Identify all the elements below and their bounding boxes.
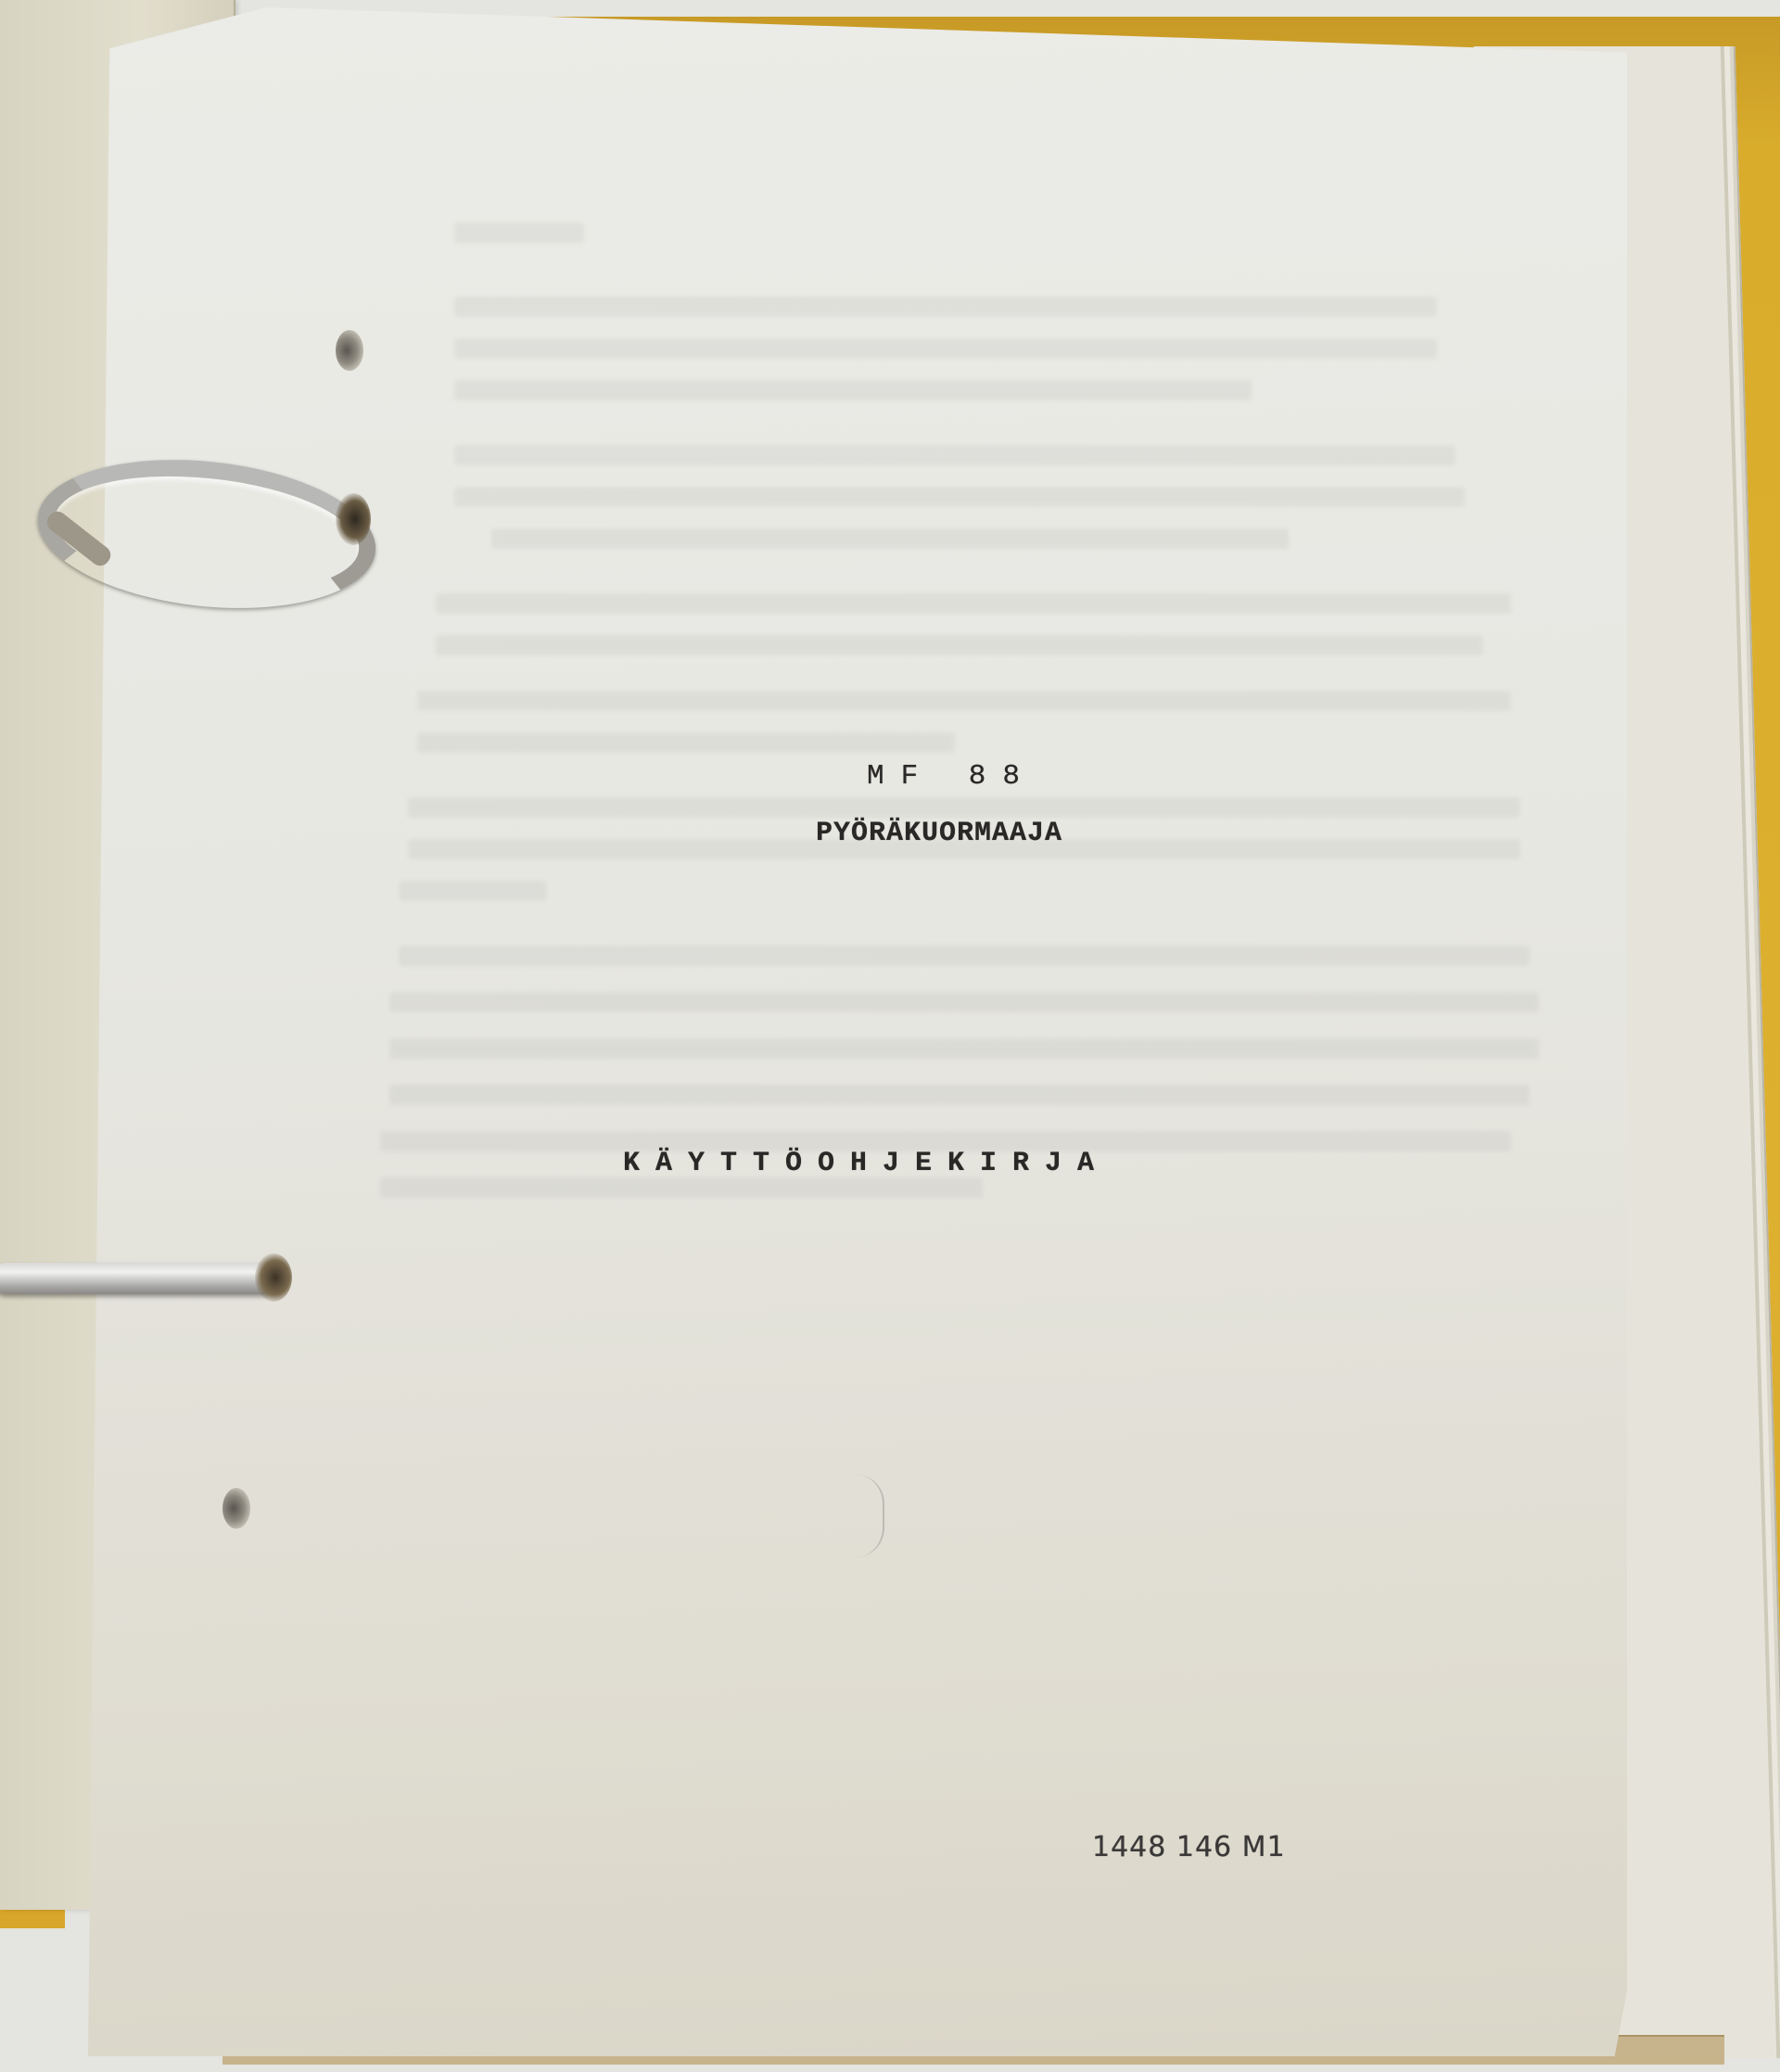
binder-ring-bottom-hole xyxy=(255,1253,292,1302)
manual-title: KÄYTTÖOHJEKIRJA xyxy=(623,1148,1110,1179)
binder-ring-top-hole xyxy=(336,493,371,545)
machine-type-heading: PYÖRÄKUORMAAJA xyxy=(816,818,1062,849)
punch-hole-top xyxy=(336,330,363,371)
binder-ring-bottom[interactable] xyxy=(0,1263,278,1294)
part-number: 1448 146 M1 xyxy=(1092,1831,1286,1863)
model-heading: MF 88 xyxy=(867,760,1036,793)
punch-hole-bottom xyxy=(222,1488,250,1529)
